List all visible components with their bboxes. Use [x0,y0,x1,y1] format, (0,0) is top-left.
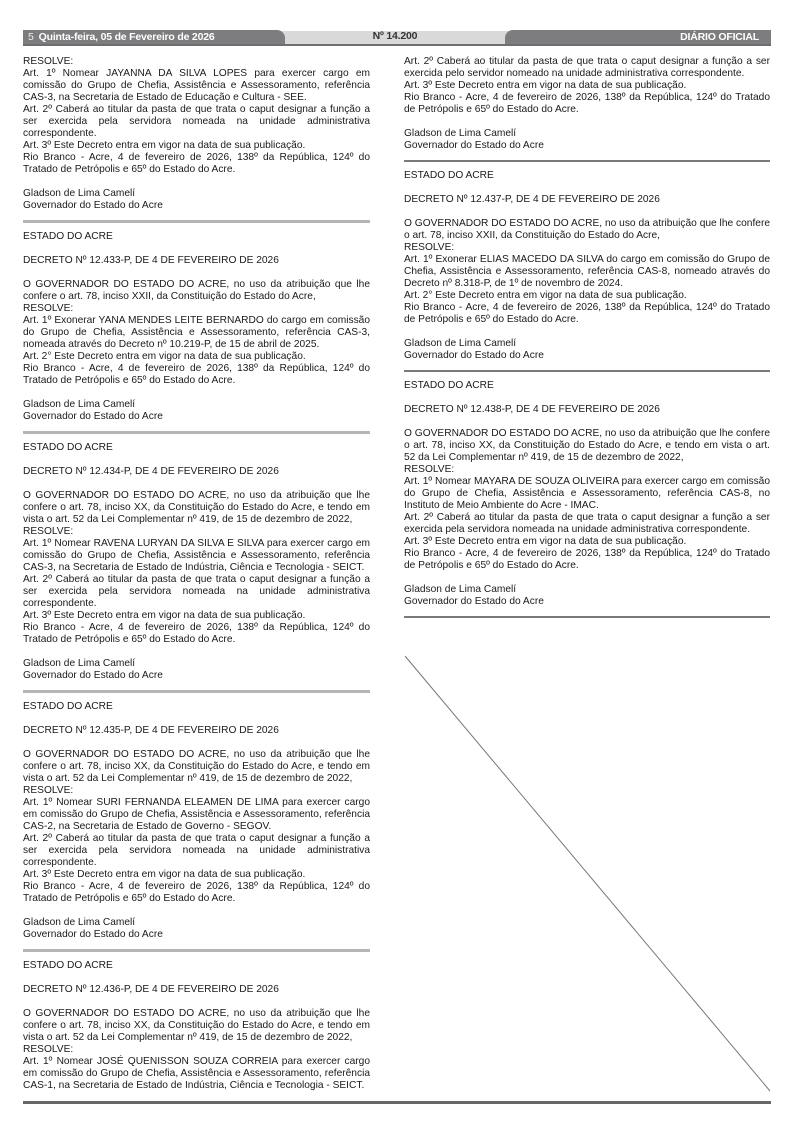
decree-text-line: Art. 1º Exonerar ELIAS MACEDO DA SILVA d… [404,254,770,290]
signature-name: Gladson de Lima Camelí [404,128,770,140]
decree-text-line: Art. 1º Nomear RAVENA LURYAN DA SILVA E … [23,538,370,574]
signature-title: Governador do Estado do Acre [23,929,370,941]
decree-text-line: Art. 2º Caberá ao titular da pasta de qu… [23,833,370,869]
left-column: RESOLVE:Art. 1º Nomear JAYANNA DA SILVA … [23,56,370,1092]
decree-text-line: Rio Branco - Acre, 4 de fevereiro de 202… [23,363,370,387]
text-line: Art. 3º Este Decreto entra em vigor na d… [404,80,770,92]
decree-text-line: Art. 2º Caberá ao titular da pasta de qu… [23,574,370,610]
decree-text-line: RESOLVE: [404,242,770,254]
section-separator [23,431,370,434]
decree-block: ESTADO DO ACREDECRETO Nº 12.434-P, DE 4 … [23,442,370,682]
section-separator [404,370,770,372]
decree-text-line: Art. 3º Este Decreto entra em vigor na d… [404,536,770,548]
signature-name: Gladson de Lima Camelí [23,917,370,929]
signature-title: Governador do Estado do Acre [23,411,370,423]
decree-text-line: Art. 3º Este Decreto entra em vigor na d… [23,869,370,881]
decree-text-line: Art. 1º Nomear MAYARA DE SOUZA OLIVEIRA … [404,476,770,512]
header-underline [23,44,771,46]
decree-state: ESTADO DO ACRE [23,231,370,243]
decree-state: ESTADO DO ACRE [23,960,370,972]
decree-text-line: O GOVERNADOR DO ESTADO DO ACRE, no uso d… [23,490,370,526]
continuation-text: RESOLVE:Art. 1º Nomear JAYANNA DA SILVA … [23,56,370,176]
signature-title: Governador do Estado do Acre [23,200,370,212]
signature-title: Governador do Estado do Acre [404,350,770,362]
decree-text-line: Rio Branco - Acre, 4 de fevereiro de 202… [404,548,770,572]
header-date: Quinta-feira, 05 de Fevereiro de 2026 [39,31,215,43]
section-separator [23,949,370,952]
signature-title: Governador do Estado do Acre [404,140,770,152]
decree-text-line: RESOLVE: [23,785,370,797]
decree-state: ESTADO DO ACRE [404,380,770,392]
decree-title: DECRETO Nº 12.436-P, DE 4 DE FEVEREIRO D… [23,984,370,996]
decree-text-line: Art. 2º Caberá ao titular da pasta de qu… [404,512,770,536]
text-line: RESOLVE: [23,56,370,68]
decree-text-line: Art. 1º Nomear JOSÉ QUENISSON SOUZA CORR… [23,1056,370,1092]
decree-text-line: Art. 2° Este Decreto entra em vigor na d… [23,351,370,363]
signature-name: Gladson de Lima Camelí [23,188,370,200]
section-separator [404,160,770,162]
text-line: Rio Branco - Acre, 4 de fevereiro de 202… [404,92,770,116]
continuation-text: Art. 2º Caberá ao titular da pasta de qu… [404,56,770,116]
decree-state: ESTADO DO ACRE [23,442,370,454]
decree-title: DECRETO Nº 12.433-P, DE 4 DE FEVEREIRO D… [23,255,370,267]
decree-text-line: O GOVERNADOR DO ESTADO DO ACRE, no uso d… [404,428,770,464]
decree-state: ESTADO DO ACRE [404,170,770,182]
section-separator [23,220,370,223]
decree-block: ESTADO DO ACREDECRETO Nº 12.433-P, DE 4 … [23,231,370,423]
section-separator [23,690,370,693]
decree-text-line: O GOVERNADOR DO ESTADO DO ACRE, no uso d… [23,749,370,785]
decree-title: DECRETO Nº 12.435-P, DE 4 DE FEVEREIRO D… [23,725,370,737]
page-bottom-rule [23,1101,771,1104]
signature-title: Governador do Estado do Acre [23,670,370,682]
decree-text-line: Art. 2° Este Decreto entra em vigor na d… [404,290,770,302]
section-separator [404,616,770,618]
decree-text-line: RESOLVE: [23,1044,370,1056]
text-line: Art. 2º Caberá ao titular da pasta de qu… [23,104,370,140]
continuation-block: RESOLVE:Art. 1º Nomear JAYANNA DA SILVA … [23,56,370,212]
decree-block: ESTADO DO ACREDECRETO Nº 12.435-P, DE 4 … [23,701,370,941]
decree-state: ESTADO DO ACRE [23,701,370,713]
publication-name: DIÁRIO OFICIAL [505,30,771,44]
text-line: Art. 1º Nomear JAYANNA DA SILVA LOPES pa… [23,68,370,104]
decree-text-line: O GOVERNADOR DO ESTADO DO ACRE, no uso d… [23,279,370,303]
signature-title: Governador do Estado do Acre [404,596,770,608]
continuation-block: Art. 2º Caberá ao titular da pasta de qu… [404,56,770,152]
header-date-tab: 5Quinta-feira, 05 de Fevereiro de 2026 [23,30,285,44]
right-column: Art. 2º Caberá ao titular da pasta de qu… [404,56,770,626]
issue-number: Nº 14.200 [285,30,505,44]
decree-list: ESTADO DO ACREDECRETO Nº 12.437-P, DE 4 … [404,160,770,608]
decree-text-line: RESOLVE: [23,526,370,538]
signature-name: Gladson de Lima Camelí [23,658,370,670]
decree-block: ESTADO DO ACREDECRETO Nº 12.438-P, DE 4 … [404,380,770,608]
decree-text-line: O GOVERNADOR DO ESTADO DO ACRE, no uso d… [404,218,770,242]
decree-text-line: RESOLVE: [23,303,370,315]
signature-name: Gladson de Lima Camelí [404,338,770,350]
decree-text-line: Rio Branco - Acre, 4 de fevereiro de 202… [23,881,370,905]
decree-text-line: O GOVERNADOR DO ESTADO DO ACRE, no uso d… [23,1008,370,1044]
decree-text-line: Art. 3º Este Decreto entra em vigor na d… [23,610,370,622]
signature-name: Gladson de Lima Camelí [23,399,370,411]
decree-text-line: Rio Branco - Acre, 4 de fevereiro de 202… [404,302,770,326]
decree-title: DECRETO Nº 12.434-P, DE 4 DE FEVEREIRO D… [23,466,370,478]
decree-list: ESTADO DO ACREDECRETO Nº 12.433-P, DE 4 … [23,220,370,1092]
text-line: Art. 2º Caberá ao titular da pasta de qu… [404,56,770,80]
decree-text-line: RESOLVE: [404,464,770,476]
decree-block: ESTADO DO ACREDECRETO Nº 12.437-P, DE 4 … [404,170,770,362]
page-header: 5Quinta-feira, 05 de Fevereiro de 2026 N… [23,29,771,46]
blank-space-diagonal [404,655,774,1095]
decree-title: DECRETO Nº 12.438-P, DE 4 DE FEVEREIRO D… [404,404,770,416]
decree-title: DECRETO Nº 12.437-P, DE 4 DE FEVEREIRO D… [404,194,770,206]
signature-name: Gladson de Lima Camelí [404,584,770,596]
decree-text-line: Art. 1º Nomear SURI FERNANDA ELEAMEN DE … [23,797,370,833]
decree-text-line: Art. 1º Exonerar YANA MENDES LEITE BERNA… [23,315,370,351]
text-line: Art. 3º Este Decreto entra em vigor na d… [23,140,370,152]
decree-text-line: Rio Branco - Acre, 4 de fevereiro de 202… [23,622,370,646]
decree-block: ESTADO DO ACREDECRETO Nº 12.436-P, DE 4 … [23,960,370,1092]
text-line: Rio Branco - Acre, 4 de fevereiro de 202… [23,152,370,176]
page-number: 5 [28,31,34,43]
